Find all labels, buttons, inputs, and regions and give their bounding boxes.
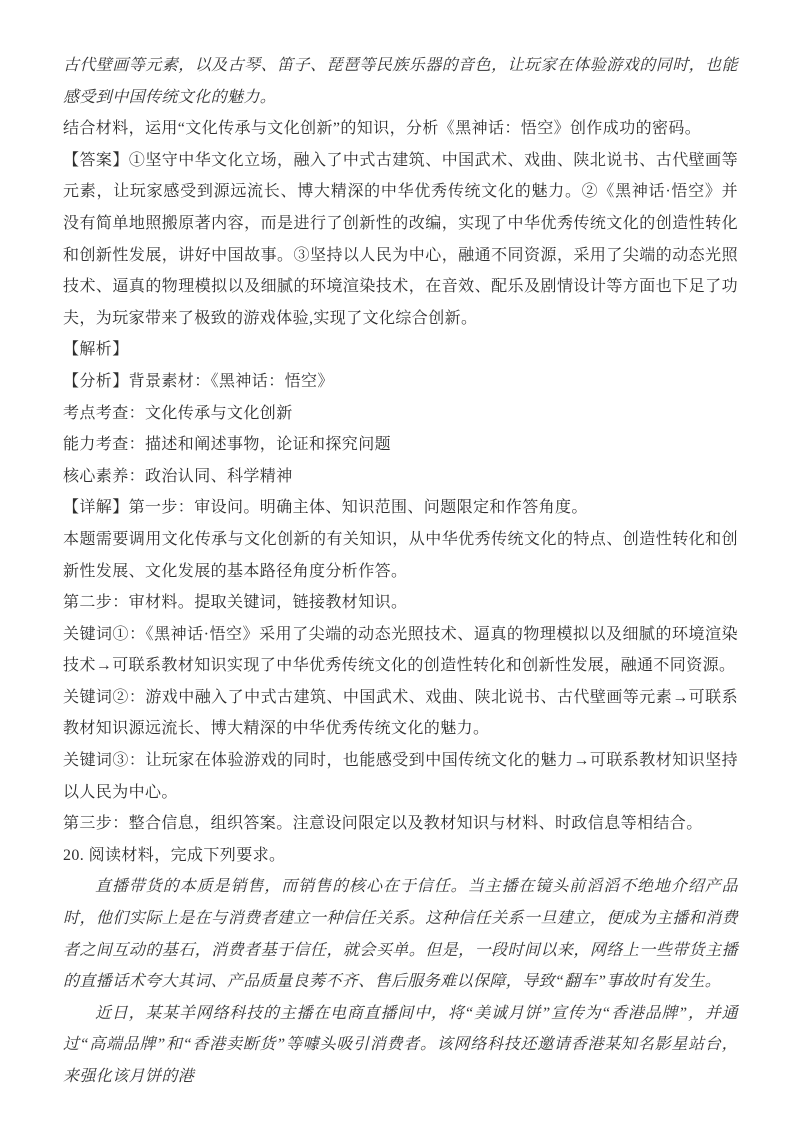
q19-detail-step1: 【详解】第一步：审设问。明确主体、知识范围、问题限定和作答角度。 xyxy=(63,492,738,524)
q19-keyword-2: 关键词②：游戏中融入了中式古建筑、中国武术、戏曲、陕北说书、古代壁画等元素→可联… xyxy=(63,682,738,745)
q19-analysis-kaodian: 考点考查：文化传承与文化创新 xyxy=(63,398,738,430)
q20-material-para1: 直播带货的本质是销售，而销售的核心在于信任。当主播在镜头前滔滔不绝地介绍产品时，… xyxy=(63,871,738,997)
document-page: 古代壁画等元素，以及古琴、笛子、琵琶等民族乐器的音色，让玩家在体验游戏的同时，也… xyxy=(0,0,800,1131)
page-text-column: 古代壁画等元素，以及古琴、笛子、琵琶等民族乐器的音色，让玩家在体验游戏的同时，也… xyxy=(63,50,738,1093)
q20-material-para2: 近日，某某羊网络科技的主播在电商直播间中，将“美诚月饼”宣传为“香港品牌”，并通… xyxy=(63,998,738,1093)
q19-keyword-3: 关键词③：让玩家在体验游戏的同时，也能感受到中国传统文化的魅力→可联系教材知识坚… xyxy=(63,745,738,808)
q19-jiexi-label: 【解析】 xyxy=(63,334,738,366)
q19-analysis-nengli: 能力考查：描述和阐述事物，论证和探究问题 xyxy=(63,429,738,461)
q19-question-prompt: 结合材料，运用“文化传承与文化创新”的知识，分析《黑神话：悟空》创作成功的密码。 xyxy=(63,113,738,145)
q20-header: 20. 阅读材料，完成下列要求。 xyxy=(63,840,738,872)
q19-keyword-1: 关键词①：《黑神话·悟空》采用了尖端的动态光照技术、逼真的物理模拟以及细腻的环境… xyxy=(63,619,738,682)
q19-detail-step3: 第三步：整合信息，组织答案。注意设问限定以及教材知识与材料、时政信息等相结合。 xyxy=(63,808,738,840)
q19-analysis-hexin: 核心素养：政治认同、科学精神 xyxy=(63,461,738,493)
q19-answer: 【答案】①坚守中华文化立场，融入了中式古建筑、中国武术、戏曲、陕北说书、古代壁画… xyxy=(63,145,738,335)
q19-material-continuation: 古代壁画等元素，以及古琴、笛子、琵琶等民族乐器的音色，让玩家在体验游戏的同时，也… xyxy=(63,50,738,113)
q19-detail-step2: 第二步：审材料。提取关键词，链接教材知识。 xyxy=(63,587,738,619)
q19-detail-step1-body: 本题需要调用文化传承与文化创新的有关知识，从中华优秀传统文化的特点、创造性转化和… xyxy=(63,524,738,587)
q19-analysis-background: 【分析】背景素材：《黑神话：悟空》 xyxy=(63,366,738,398)
